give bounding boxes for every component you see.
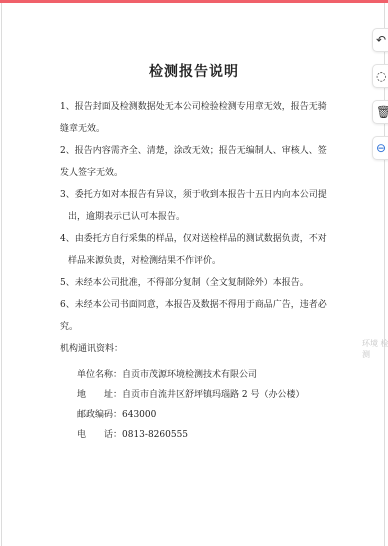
- zoom-out-button[interactable]: ⊖: [372, 136, 388, 160]
- contact-heading: 机构通讯资料：: [60, 341, 123, 354]
- contact-phone: 电 话：0813-8260555: [77, 427, 188, 440]
- rotate-left-icon: ↶: [376, 33, 386, 47]
- clause-3: 3、委托方如对本报告有异议，须于收到本报告十五日内向本公司提 出，逾期表示已认可…: [60, 184, 340, 228]
- clause-5: 5、未经本公司批准，不得部分复制（全文复制除外）本报告。: [60, 272, 340, 294]
- side-toolbar: ↶ ◌ 🗑 ⊖: [372, 28, 388, 172]
- rotate-right-icon: ◌: [376, 69, 386, 83]
- delete-button[interactable]: 🗑: [372, 100, 388, 124]
- rotate-left-button[interactable]: ↶: [372, 28, 388, 52]
- clause-1: 1、报告封面及检测数据处无本公司检验检测专用章无效，报告无骑 缝章无效。: [60, 96, 340, 140]
- document-page: 检测报告说明 1、报告封面及检测数据处无本公司检验检测专用章无效，报告无骑 缝章…: [1, 3, 385, 546]
- trash-icon: 🗑: [376, 105, 388, 119]
- clause-2: 2、报告内容需齐全、清楚，涂改无效；报告无编制人、审核人、签 发人签字无效。: [60, 140, 340, 184]
- seal-stamp-icon: 环境 检测: [362, 338, 388, 398]
- clause-4: 4、由委托方自行采集的样品，仅对送检样品的测试数据负责，不对 样品来源负责，对检…: [60, 228, 340, 272]
- page-title: 检测报告说明: [2, 61, 386, 81]
- contact-postcode: 邮政编码：643000: [77, 407, 156, 420]
- clause-6: 6、未经本公司书面同意，本报告及数据不得用于商品广告，违者必 究。: [60, 294, 340, 338]
- contact-company: 单位名称：自贡市茂源环境检测技术有限公司: [77, 367, 257, 380]
- rotate-right-button[interactable]: ◌: [372, 64, 388, 88]
- contact-address: 地 址：自贡市自流井区舒坪镇玛瑙路 2 号（办公楼）: [77, 387, 304, 400]
- zoom-out-icon: ⊖: [376, 141, 386, 155]
